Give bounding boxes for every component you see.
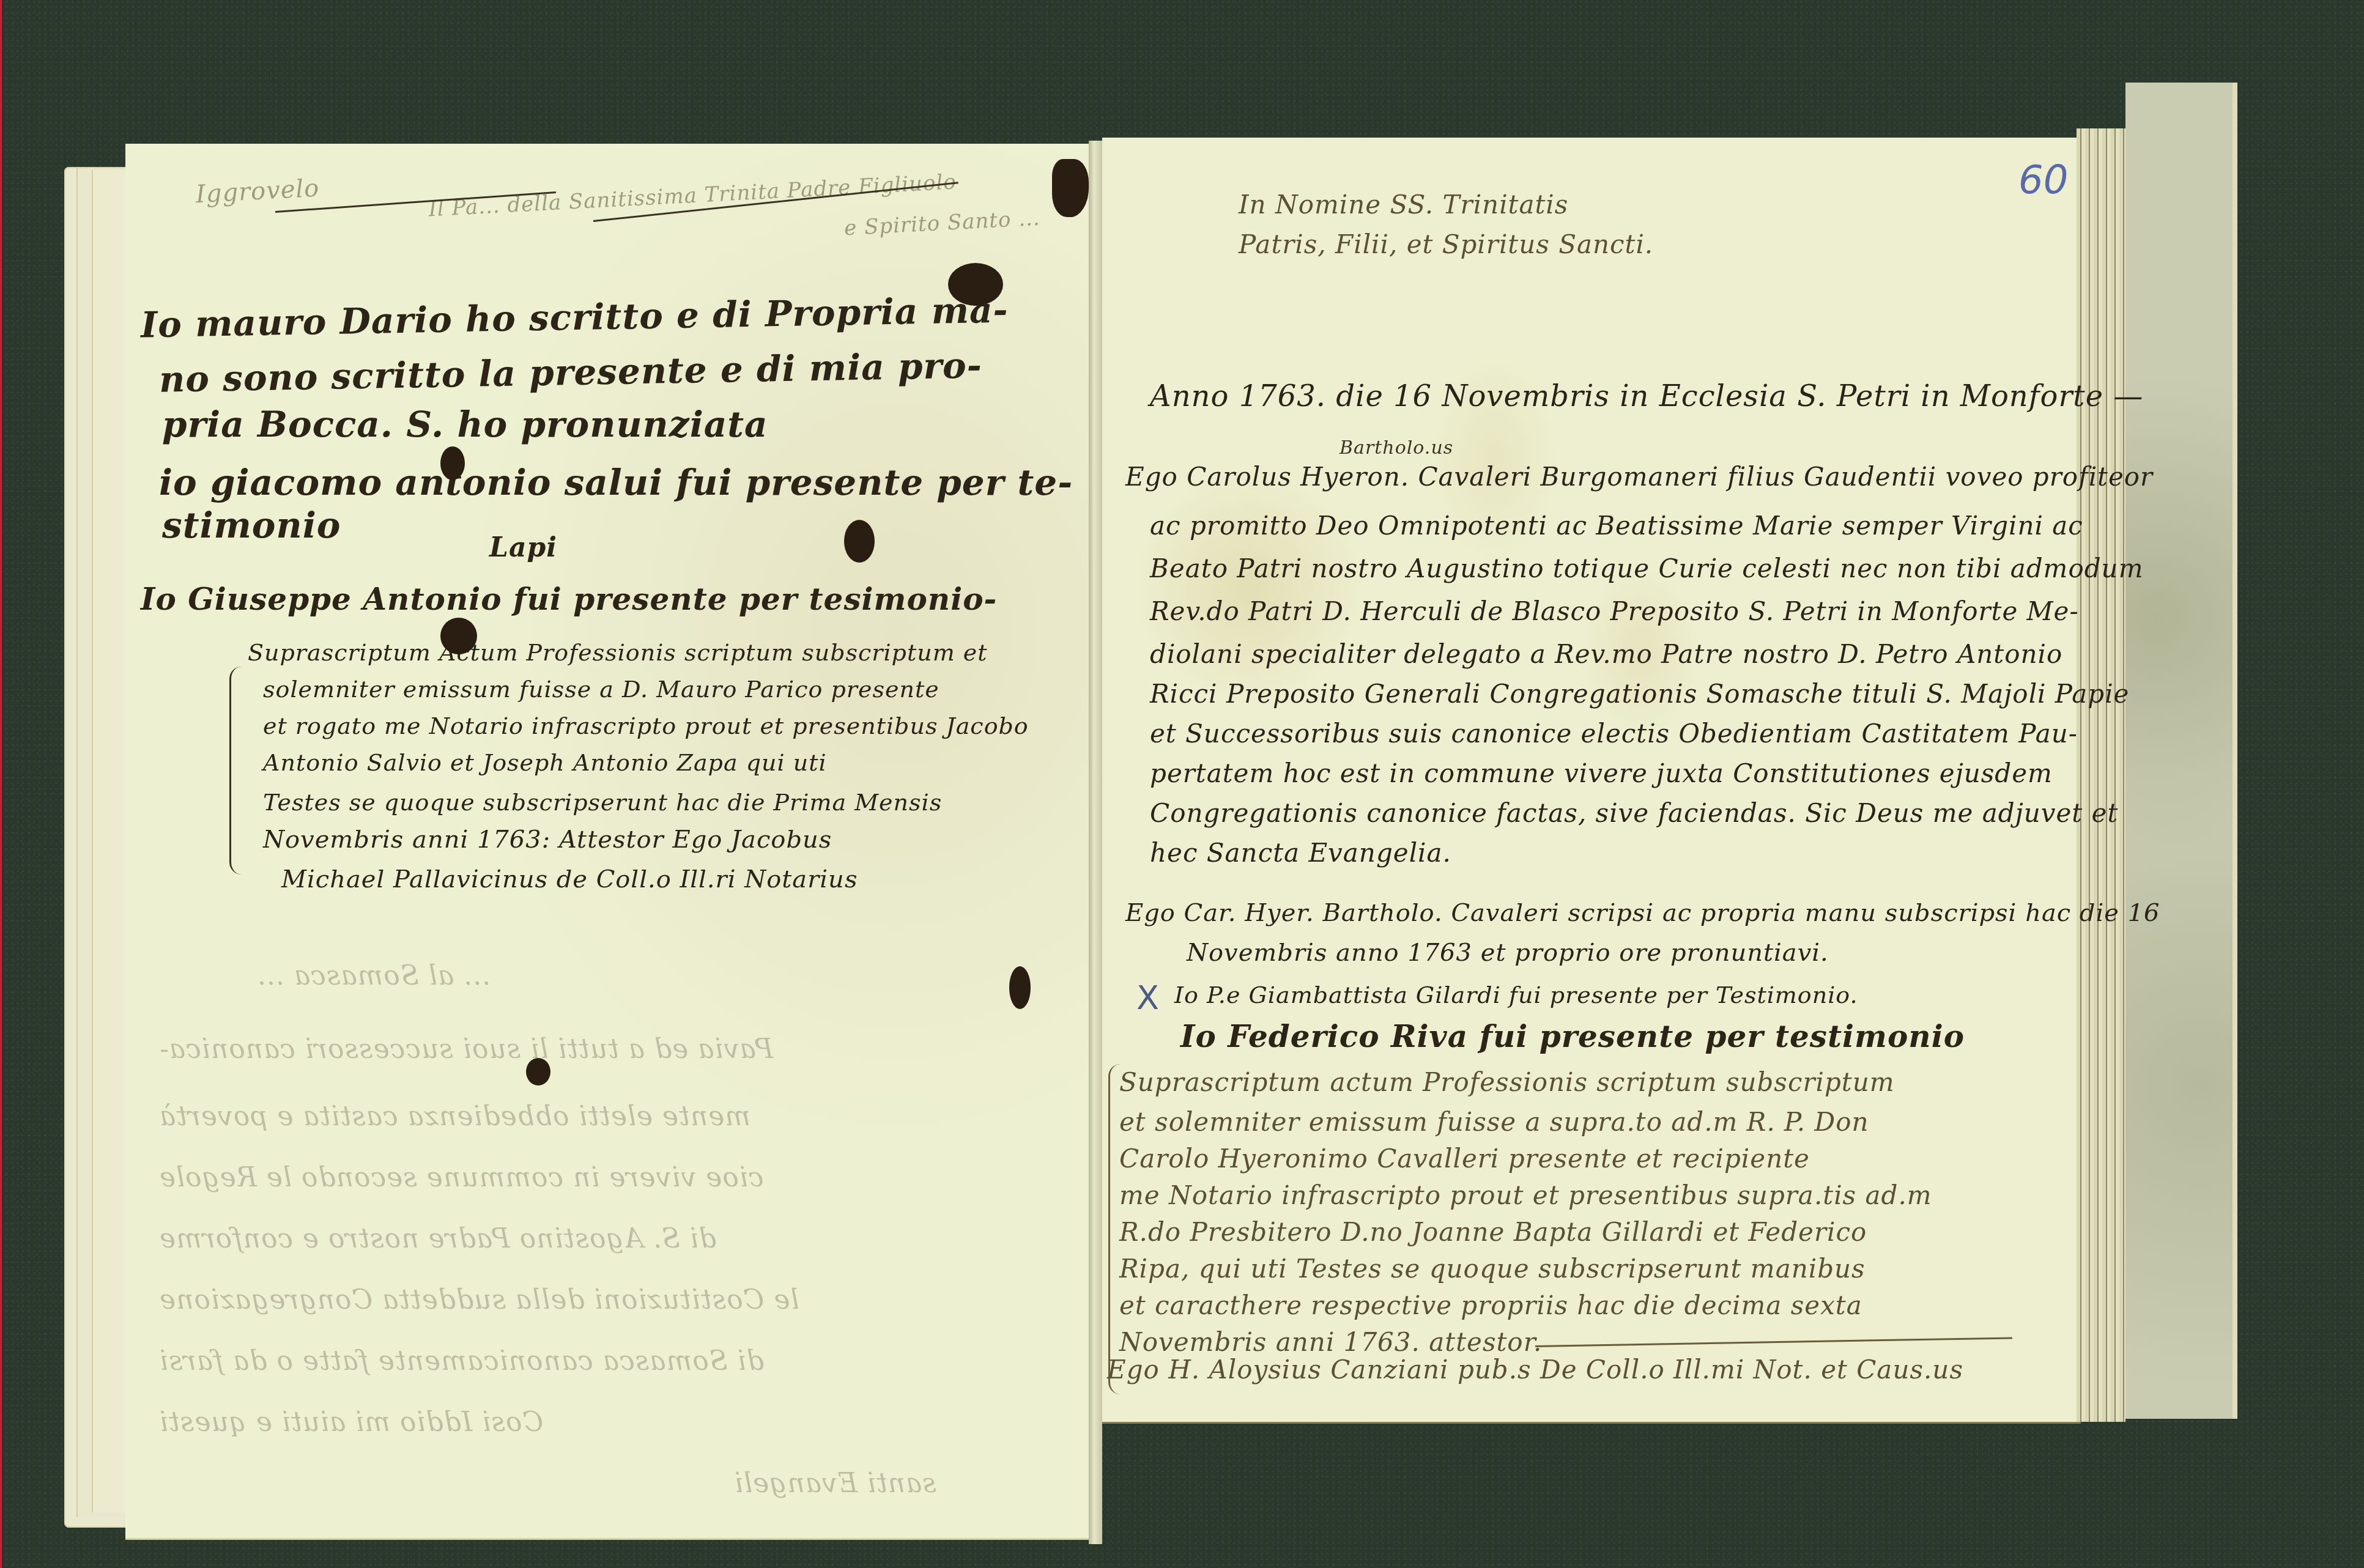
- folio-number: 60: [2018, 158, 2068, 203]
- left-notarial-line: Testes se quoque subscripserunt hac die …: [263, 789, 942, 816]
- invocation-line: Patris, Filii, et Spiritus Sancti.: [1239, 229, 1653, 259]
- profession-line: Beato Patri nostro Augustino totique Cur…: [1150, 553, 2143, 583]
- left-notarial-line: Michael Pallavicinus de Coll.o Ill.ri No…: [281, 865, 858, 893]
- profession-line: Rev.do Patri D. Herculi de Blasco Prepos…: [1150, 596, 2079, 626]
- left-line: pria Bocca. S. ho pronunziata: [162, 404, 768, 445]
- bleedthrough-line: Pavia ed a tutti li suoi successori cano…: [159, 1034, 773, 1065]
- ink-blot: [440, 446, 465, 480]
- bleedthrough-line: ... al Somasca ...: [257, 960, 491, 991]
- attestation-line: Novembris anni 1763. attestor.: [1119, 1327, 1542, 1357]
- ink-blot: [440, 618, 477, 654]
- profession-line: Ricci Preposito Generali Congregationis …: [1150, 679, 2129, 709]
- left-line: Io Giuseppe Antonio fui presente per tes…: [141, 581, 997, 617]
- attestation-line: me Notario infrascripto prout et present…: [1119, 1180, 1932, 1210]
- bleedthrough-line: di S. Agostino Padre nostro e conforme: [159, 1223, 716, 1254]
- left-notarial-line: solemniter emissum fuisse a D. Mauro Par…: [263, 676, 939, 703]
- left-line-annotation: Lapi: [489, 532, 557, 563]
- attestation-line: Suprascriptum actum Professionis scriptu…: [1119, 1067, 1895, 1097]
- margin-mark: X: [1136, 978, 1159, 1017]
- ink-blot: [1009, 966, 1031, 1009]
- book-cover-edge: [2125, 83, 2237, 1419]
- profession-line: Congregationis canonice factas, sive fac…: [1150, 798, 2118, 828]
- attestation-line: et solemniter emissum fuisse a supra.to …: [1119, 1107, 1869, 1137]
- ink-blot: [844, 520, 875, 563]
- page-edges: [2077, 128, 2125, 1422]
- bleedthrough-line: mente eletti obbedienza castita e povert…: [159, 1101, 750, 1132]
- left-notarial-line: et rogato me Notario infrascripto prout …: [263, 712, 1029, 739]
- left-notarial-line: Antonio Salvio et Joseph Antonio Zapa qu…: [263, 749, 827, 776]
- left-line: stimonio: [162, 505, 341, 546]
- bleedthrough-line: Cosi Iddio mi aiuti e questi: [159, 1407, 543, 1438]
- witness-line: Io Federico Riva fui presente per testim…: [1180, 1018, 1965, 1054]
- left-line: io giacomo antonio salui fui presente pe…: [159, 462, 1073, 503]
- attestation-line: R.do Presbitero D.no Joanne Bapta Gillar…: [1119, 1217, 1867, 1247]
- notary-signature: Ego H. Aloysius Canziani pub.s De Coll.o…: [1107, 1355, 1963, 1385]
- attestation-line: et caracthere respective propriis hac di…: [1119, 1290, 1862, 1320]
- profession-line: hec Sancta Evangelia.: [1150, 838, 1451, 868]
- profession-line: diolani specialiter delegato a Rev.mo Pa…: [1150, 639, 2062, 669]
- signature-line: Ego Car. Hyer. Bartholo. Cavaleri scrips…: [1125, 899, 2160, 927]
- profession-line: ac promitto Deo Omnipotenti ac Beatissim…: [1150, 511, 2083, 541]
- invocation-line: In Nomine SS. Trinitatis: [1239, 190, 1568, 220]
- scan-edge: [0, 0, 2, 1568]
- left-notarial-line: Novembris anni 1763: Attestor Ego Jacobu…: [263, 826, 832, 854]
- bleedthrough-line: di Somasca canonicamente fatte o da fars…: [159, 1345, 764, 1377]
- ink-blot: [526, 1058, 550, 1085]
- attestation-line: Ripa, qui uti Testes se quoque subscrips…: [1119, 1254, 1866, 1284]
- ink-blot: [948, 263, 1003, 306]
- attestation-line: Carolo Hyeronimo Cavalleri presente et r…: [1119, 1144, 1810, 1174]
- witness-line: Io P.e Giambattista Gilardi fui presente…: [1174, 982, 1858, 1008]
- profession-line: pertatem hoc est in commune vivere juxta…: [1150, 758, 2053, 788]
- bleedthrough-line: le Costituzioni della suddetta Congregaz…: [159, 1284, 799, 1315]
- signature-line: Novembris anno 1763 et proprio ore pronu…: [1187, 939, 1829, 967]
- profession-line: Ego Carolus Hyeron. Cavaleri Burgomaneri…: [1125, 462, 2153, 492]
- interlinear-note: Bartholo.us: [1339, 437, 1453, 459]
- left-notarial-line: Suprascriptum Actum Professionis scriptu…: [248, 639, 988, 666]
- date-line: Anno 1763. die 16 Novembris in Ecclesia …: [1150, 379, 2143, 413]
- bleedthrough-line: cioe vivere in commune secondo le Regole: [159, 1162, 764, 1193]
- bleedthrough-line: santi Evangeli: [734, 1468, 936, 1499]
- ink-blot: [1052, 159, 1089, 217]
- bracket: [229, 667, 243, 875]
- profession-line: et Successoribus suis canonice electis O…: [1150, 719, 2078, 749]
- gutter: [1089, 141, 1102, 1544]
